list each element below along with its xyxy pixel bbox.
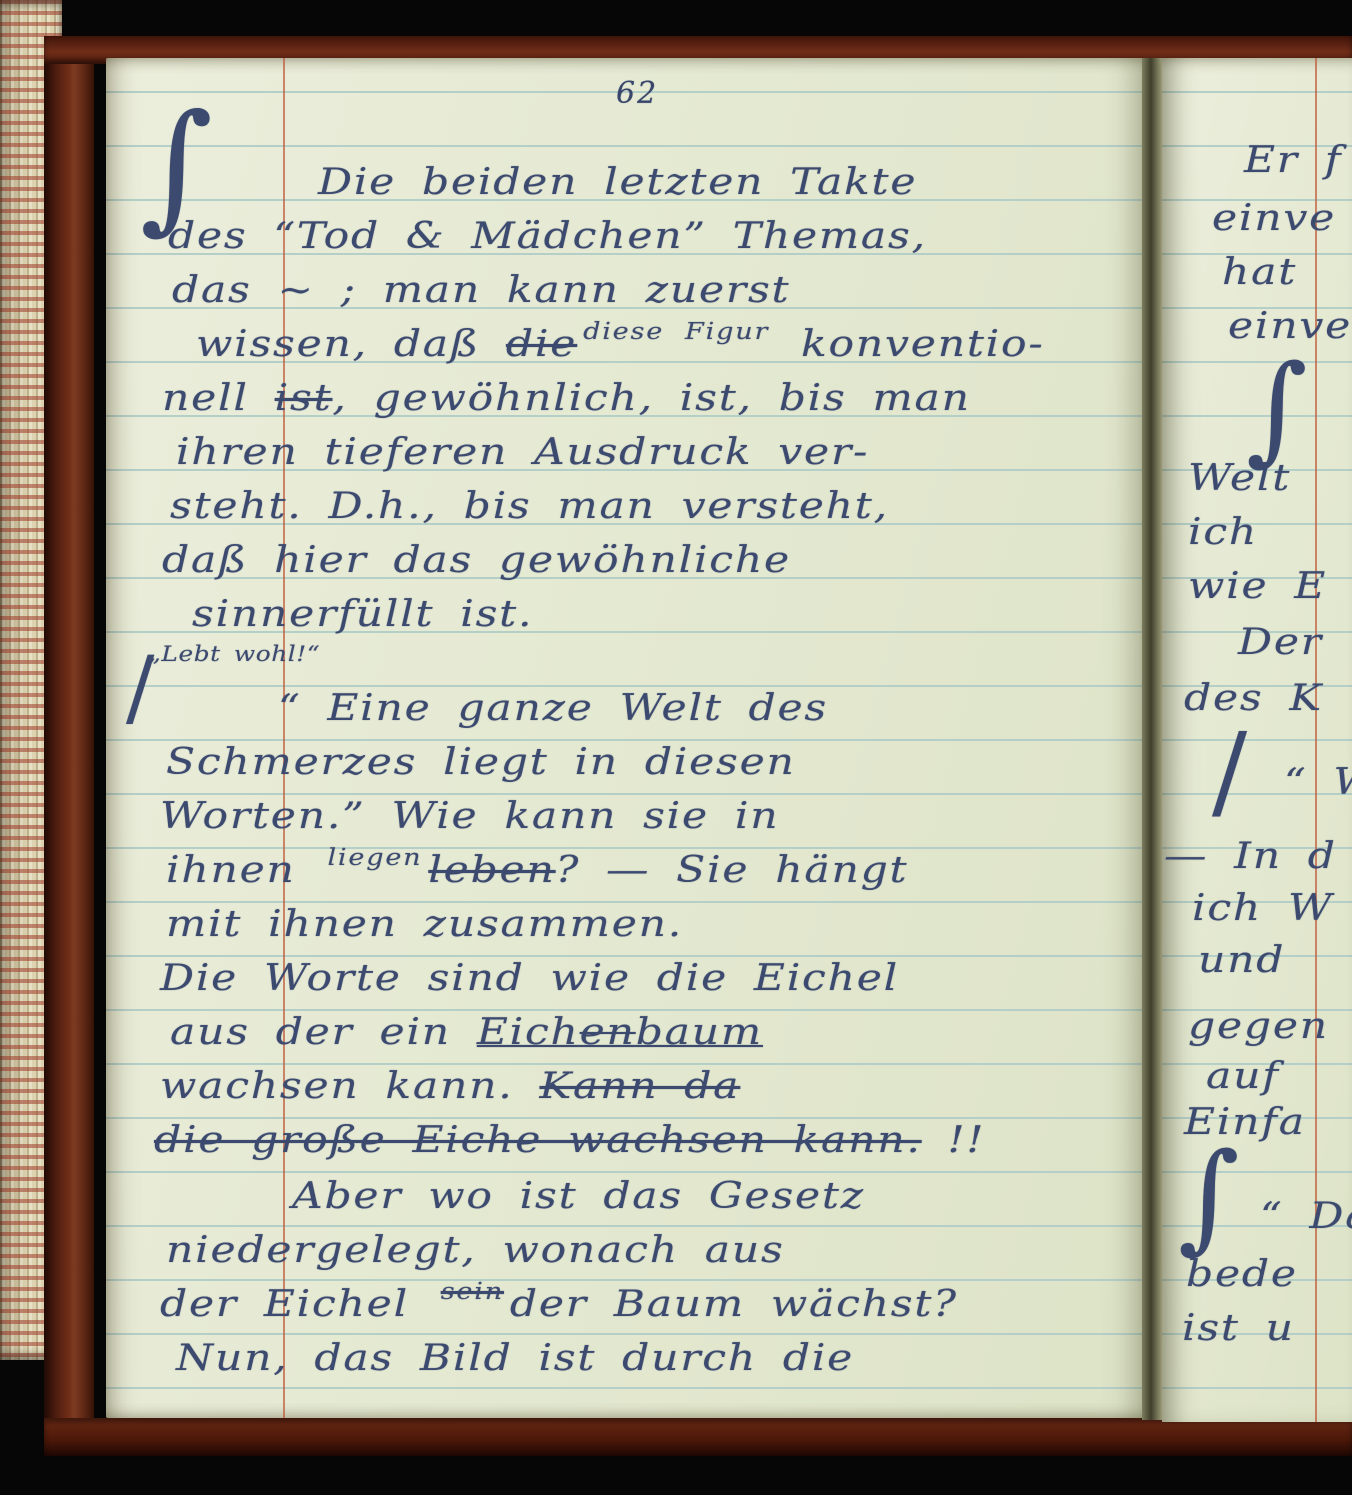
handwriting-segment: Eich (477, 1012, 580, 1053)
handwriting-segment: „Lebt wohl!“ (148, 642, 320, 666)
handwritten-line: mit ihnen zusammen. (166, 904, 683, 945)
handwritten-line-fragment: wie E (1188, 566, 1327, 607)
handwriting-segment: auf (1206, 1056, 1280, 1097)
handwriting-segment: und (1198, 940, 1285, 981)
handwritten-line-fragment: und (1198, 940, 1285, 981)
handwritten-line-fragment: des K (1184, 678, 1323, 719)
handwriting-segment: Die Worte sind wie die Eichel (160, 958, 899, 999)
handwritten-line: wissen, daß diediese Figur konventio- (196, 324, 1044, 365)
handwritten-line: die große Eiche wachsen kann. !! (154, 1120, 985, 1161)
handwriting-segment: , gewöhnlich, ist, bis man (332, 378, 970, 419)
handwritten-line: ihnen liegenleben? — Sie hängt (166, 850, 908, 891)
handwritten-line: Die Worte sind wie die Eichel (160, 958, 899, 999)
handwriting-segment: Worten.” Wie kann sie in (160, 796, 779, 837)
handwritten-line: “ Eine ganze Welt des (278, 688, 828, 729)
handwriting-segment: wachsen kann. (160, 1066, 539, 1107)
handwriting-segment: einve (1212, 198, 1336, 239)
handwritten-line-fragment: hat (1222, 252, 1297, 293)
handwriting-segment: liegen (327, 845, 422, 871)
handwriting-segment: wie E (1188, 566, 1327, 607)
handwriting-segment: wissen, daß (196, 324, 506, 365)
slash-mark: / (126, 648, 154, 728)
handwritten-line-fragment: — In d (1164, 836, 1337, 877)
handwriting-segment: !! (922, 1120, 986, 1161)
handwriting-segment: Aber wo ist das Gesetz (292, 1176, 865, 1217)
handwritten-line: das ∼ ; man kann zuerst (172, 270, 790, 311)
handwriting-segment: des K (1184, 678, 1323, 719)
handwriting-segment: ? — Sie hängt (556, 850, 909, 891)
handwriting-segment: konventio- (775, 324, 1044, 365)
handwritten-line: aus der ein Eichenbaum (170, 1012, 763, 1053)
handwritten-line-fragment: Der (1238, 622, 1323, 663)
handwritten-line-fragment: einve (1212, 198, 1336, 239)
handwriting-segment: mit ihnen zusammen. (166, 904, 683, 945)
handwriting-segment: die große Eiche wachsen kann. (154, 1120, 922, 1161)
handwriting-segment: gegen (1188, 1006, 1329, 1047)
handwriting-segment: des “Tod & Mädchen” Themas, (168, 216, 927, 257)
handwriting-segment: Er f (1244, 140, 1342, 181)
section-mark: ∫ (1246, 352, 1307, 464)
handwriting-segment: die (506, 324, 577, 365)
section-mark: ∫ (1178, 1140, 1239, 1252)
handwritten-line: nell ist, gewöhnlich, ist, bis man (162, 378, 971, 419)
handwritten-line: Aber wo ist das Gesetz (292, 1176, 865, 1217)
handwriting-segment: der Baum wächst? (510, 1284, 958, 1325)
handwritten-line: wachsen kann. Kann da (160, 1066, 740, 1107)
handwritten-line: Worten.” Wie kann sie in (160, 796, 779, 837)
handwritten-line-fragment: gegen (1188, 1006, 1329, 1047)
handwritten-line: Nun, das Bild ist durch die (176, 1338, 854, 1379)
handwriting-segment: niedergelegt, wonach aus (166, 1230, 785, 1271)
handwriting-segment: ist (275, 378, 333, 419)
handwriting-segment: hat (1222, 252, 1297, 293)
handwriting-segment: Schmerzes liegt in diesen (166, 742, 796, 783)
handwritten-line: der Eichel seinder Baum wächst? (160, 1284, 958, 1325)
handwriting-segment: ihren tieferen Ausdruck ver- (176, 432, 869, 473)
handwritten-line-fragment: ich W (1192, 888, 1333, 929)
book-cover-spine (44, 36, 94, 1452)
slash-mark: / (1212, 722, 1247, 821)
handwriting-segment: “ Eine ganze Welt des (278, 688, 828, 729)
handwriting-segment: leben (428, 850, 555, 891)
gutter-shadow (1142, 58, 1162, 1420)
photographed-notebook: 62 Die beiden letzten Taktedes “Tod & Mä… (0, 0, 1352, 1495)
handwriting-segment: — In d (1164, 836, 1337, 877)
handwriting-segment: ihnen (166, 850, 322, 891)
handwritten-line-fragment: ist u (1182, 1308, 1295, 1349)
handwriting-segment: daß hier das gewöhnliche (162, 540, 791, 581)
handwritten-line-fragment: “ Da (1260, 1196, 1352, 1237)
handwritten-line: „Lebt wohl!“ (148, 642, 320, 666)
handwriting-segment: “ W (1284, 762, 1352, 803)
handwriting-segment: “ Da (1260, 1196, 1352, 1237)
handwriting-segment: der Eichel (160, 1284, 435, 1325)
handwritten-line: daß hier das gewöhnliche (162, 540, 791, 581)
handwritten-line-fragment: ich (1188, 512, 1258, 553)
handwriting-segment: sein (441, 1279, 504, 1305)
handwriting-segment: diese Figur (583, 319, 769, 345)
handwriting-segment: baum (636, 1012, 763, 1053)
section-mark: ∫ (140, 100, 213, 233)
handwritten-line: steht. D.h., bis man versteht, (170, 486, 889, 527)
handwriting-segment: ist u (1182, 1308, 1295, 1349)
handwriting-segment: Kann da (539, 1066, 740, 1107)
handwriting-segment: aus der ein (170, 1012, 477, 1053)
handwriting-segment: ich (1188, 512, 1258, 553)
left-page-margin-line (283, 58, 285, 1418)
handwriting-segment: Der (1238, 622, 1323, 663)
handwriting-segment: Nun, das Bild ist durch die (176, 1338, 854, 1379)
handwritten-line: niedergelegt, wonach aus (166, 1230, 785, 1271)
page-number: 62 (616, 76, 658, 111)
handwriting-segment: ich W (1192, 888, 1333, 929)
handwritten-line-fragment: auf (1206, 1056, 1280, 1097)
handwritten-line-fragment: Er f (1244, 140, 1342, 181)
book-cover-bottom-edge (44, 1418, 1352, 1456)
handwritten-line: Die beiden letzten Takte (318, 162, 917, 203)
handwritten-line: ihren tieferen Ausdruck ver- (176, 432, 869, 473)
handwritten-line: Schmerzes liegt in diesen (166, 742, 796, 783)
handwritten-line: sinnerfüllt ist. (192, 594, 533, 635)
handwritten-line: des “Tod & Mädchen” Themas, (168, 216, 927, 257)
handwriting-segment: sinnerfüllt ist. (192, 594, 533, 635)
handwriting-segment: das ∼ ; man kann zuerst (172, 270, 790, 311)
handwriting-segment: Die beiden letzten Takte (318, 162, 917, 203)
handwriting-segment: nell (162, 378, 275, 419)
handwriting-segment: steht. D.h., bis man versteht, (170, 486, 889, 527)
handwriting-segment: en (580, 1012, 636, 1053)
handwritten-line-fragment: “ W (1284, 762, 1352, 803)
